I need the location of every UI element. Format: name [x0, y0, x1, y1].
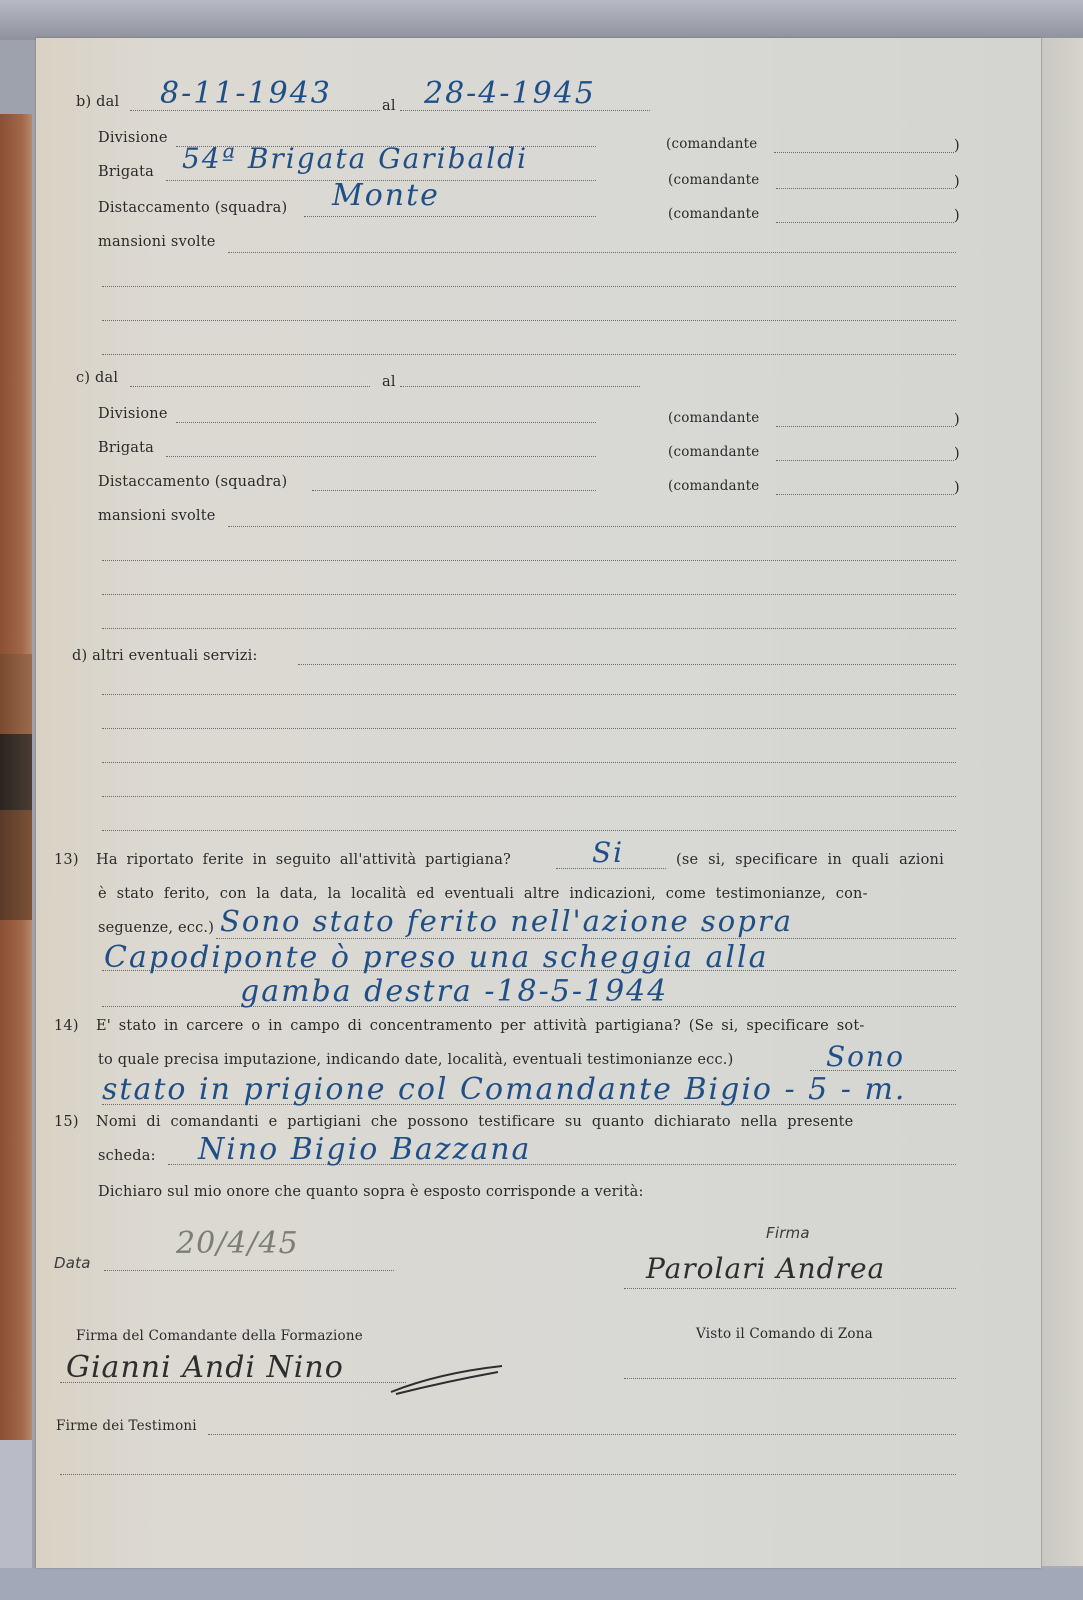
comandante-formazione-label: Firma del Comandante della Formazione	[76, 1328, 363, 1344]
section-d-label: d) altri eventuali servizi:	[72, 648, 258, 664]
binder-spine	[0, 40, 36, 1568]
section-c-al-label: al	[382, 374, 396, 390]
altri-servizi-field[interactable]	[102, 694, 956, 695]
comandante-field[interactable]	[776, 222, 954, 223]
testimoni-field[interactable]	[208, 1434, 956, 1435]
altri-servizi-field[interactable]	[102, 762, 956, 763]
comandante-label: (comandante	[668, 444, 760, 460]
q13-line3: seguenze, ecc.)	[98, 920, 214, 936]
visto-comando-field	[624, 1378, 956, 1379]
q13-answer-short[interactable]: Si	[592, 836, 624, 869]
mansioni-field[interactable]	[228, 252, 956, 253]
section-b-dal-label: b) dal	[76, 94, 119, 110]
firma-label: Firma	[766, 1224, 810, 1242]
section-b-al-value[interactable]: 28-4-1945	[424, 76, 596, 111]
mansioni-field[interactable]	[102, 560, 956, 561]
signature-flourish	[386, 1358, 506, 1398]
comandante-formazione-signature[interactable]: Gianni Andi Nino	[66, 1350, 344, 1385]
section-c-distaccamento-label: Distaccamento (squadra)	[98, 474, 287, 490]
close-paren: )	[954, 174, 960, 190]
q14-line1: E' stato in carcere o in campo di concen…	[96, 1018, 864, 1034]
binder-block	[0, 734, 32, 810]
mansioni-field[interactable]	[102, 320, 956, 321]
q13-answer-line2[interactable]: Capodiponte ò preso una scheggia alla	[104, 940, 768, 975]
binder-block	[0, 920, 32, 1440]
adjacent-page-edge	[1041, 38, 1083, 1566]
q14-answer-line2[interactable]: stato in prigione col Comandante Bigio -…	[102, 1072, 906, 1107]
q13-answer-line1[interactable]: Sono stato ferito nell'azione sopra	[220, 904, 793, 938]
comandante-field[interactable]	[776, 460, 954, 461]
mansioni-field[interactable]	[228, 526, 956, 527]
q13-line2: è stato ferito, con la data, la località…	[98, 886, 868, 902]
section-b-brigata-value[interactable]: 54ª Brigata Garibaldi	[182, 142, 528, 175]
q15-answer[interactable]: Nino Bigio Bazzana	[198, 1132, 531, 1167]
comandante-label: (comandante	[668, 172, 760, 188]
firma-signature[interactable]: Parolari Andrea	[646, 1252, 885, 1285]
q15-number: 15)	[54, 1114, 79, 1130]
data-label: Data	[54, 1254, 91, 1272]
section-c-brigata-label: Brigata	[98, 440, 154, 456]
comandante-label: (comandante	[668, 478, 760, 494]
q15-line2: scheda:	[98, 1148, 156, 1164]
q13-line1: Ha riportato ferite in seguito all'attiv…	[96, 852, 511, 868]
binder-block	[0, 1440, 32, 1568]
q13-line1-cont: (se si, specificare in quali azioni	[676, 852, 944, 868]
mansioni-field[interactable]	[102, 628, 956, 629]
q15-line1: Nomi di comandanti e partigiani che poss…	[96, 1114, 853, 1130]
altri-servizi-field[interactable]	[298, 664, 956, 665]
close-paren: )	[954, 208, 960, 224]
testimoni-field[interactable]	[60, 1474, 956, 1475]
q13-number: 13)	[54, 852, 79, 868]
q14-number: 14)	[54, 1018, 79, 1034]
testimoni-label: Firme dei Testimoni	[56, 1418, 197, 1434]
close-paren: )	[954, 412, 960, 428]
al-field[interactable]	[400, 386, 640, 387]
section-b-mansioni-label: mansioni svolte	[98, 234, 216, 250]
binder-block	[0, 114, 32, 654]
q14-line2: to quale precisa imputazione, indicando …	[98, 1052, 733, 1068]
q13-answer-line3[interactable]: gamba destra -18-5-1944	[240, 974, 668, 1009]
field-line	[216, 938, 956, 939]
comandante-label: (comandante	[666, 136, 758, 152]
section-c-mansioni-label: mansioni svolte	[98, 508, 216, 524]
binder-block	[0, 810, 32, 920]
q14-answer-line1[interactable]: Sono	[826, 1040, 905, 1073]
backdrop-cloth-top	[0, 0, 1083, 40]
close-paren: )	[954, 446, 960, 462]
section-b-distaccamento-label: Distaccamento (squadra)	[98, 200, 287, 216]
altri-servizi-field[interactable]	[102, 830, 956, 831]
section-c-dal-label: c) dal	[76, 370, 118, 386]
section-b-divisione-label: Divisione	[98, 130, 168, 146]
backdrop-cloth-bottom	[0, 1568, 1083, 1600]
close-paren: )	[954, 480, 960, 496]
visto-comando-label: Visto il Comando di Zona	[696, 1326, 873, 1342]
comandante-field[interactable]	[776, 494, 954, 495]
data-value[interactable]: 20/4/45	[176, 1226, 299, 1261]
section-b-dal-value[interactable]: 8-11-1943	[160, 76, 332, 111]
dal-field[interactable]	[130, 386, 370, 387]
comandante-label: (comandante	[668, 410, 760, 426]
comandante-field[interactable]	[776, 426, 954, 427]
section-b-brigata-label: Brigata	[98, 164, 154, 180]
declaration-text: Dichiaro sul mio onore che quanto sopra …	[98, 1184, 644, 1200]
binder-block	[0, 654, 32, 734]
altri-servizi-field[interactable]	[102, 728, 956, 729]
section-b-distaccamento-value[interactable]: Monte	[332, 178, 440, 213]
altri-servizi-field[interactable]	[102, 796, 956, 797]
field-line	[304, 216, 596, 217]
brigata-field[interactable]	[166, 456, 596, 457]
close-paren: )	[954, 138, 960, 154]
section-b-al-label: al	[382, 98, 396, 114]
mansioni-field[interactable]	[102, 354, 956, 355]
data-field	[104, 1270, 394, 1271]
distaccamento-field[interactable]	[312, 490, 596, 491]
mansioni-field[interactable]	[102, 594, 956, 595]
firma-field	[624, 1288, 956, 1289]
comandante-field[interactable]	[774, 152, 954, 153]
form-page: b) dal 8-11-1943 al 28-4-1945 Divisione …	[36, 38, 1041, 1568]
mansioni-field[interactable]	[102, 286, 956, 287]
comandante-field[interactable]	[776, 188, 954, 189]
section-c-divisione-label: Divisione	[98, 406, 168, 422]
comandante-label: (comandante	[668, 206, 760, 222]
divisione-field[interactable]	[176, 422, 596, 423]
